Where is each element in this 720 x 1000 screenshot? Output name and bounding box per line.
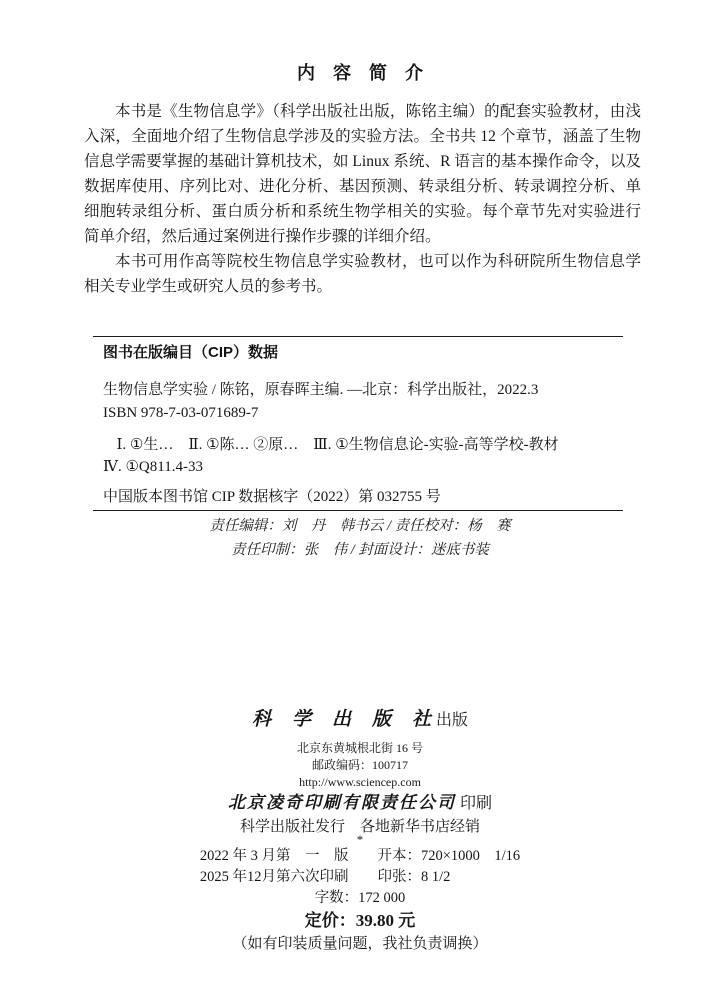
word-count: 字数：172 000 — [0, 888, 720, 909]
publisher-website: http://www.sciencep.com — [0, 774, 720, 791]
cip-header: 图书在版编目（CIP）数据 — [103, 343, 617, 363]
printer-role-label: 印刷 — [460, 795, 492, 812]
intro-section: 本书是《生物信息学》（科学出版社出版，陈铭主编）的配套实验教材，由浅入深，全面地… — [84, 99, 641, 299]
publisher-address: 北京东黄城根北街 16 号 — [0, 740, 720, 757]
edition-info: 2022 年 3 月第 一 版 开本：720×1000 1/16 2025 年1… — [0, 846, 720, 888]
cip-data-box: 图书在版编目（CIP）数据 生物信息学实验 / 陈铭，原春晖主编. —北京：科学… — [93, 336, 623, 511]
cip-registry: 中国版本图书馆 CIP 数据核字（2022）第 032755 号 — [103, 486, 617, 510]
price-label: 定价： — [305, 911, 356, 930]
colophon-section: 科 学 出 版 社出版 北京东黄城根北街 16 号 邮政编码：100717 ht… — [0, 706, 720, 955]
separator-star: * — [0, 834, 720, 846]
book-copyright-page: 内 容 简 介 本书是《生物信息学》（科学出版社出版，陈铭主编）的配套实验教材，… — [0, 0, 720, 1000]
price-value: 39.80 元 — [356, 911, 416, 930]
cip-classification-line-2: Ⅳ. ①Q811.4-33 — [103, 456, 617, 478]
cip-isbn: ISBN 978-7-03-071689-7 — [103, 401, 617, 425]
edition-line-current-printing: 2025 年12月第六次印刷 印张：8 1/2 — [200, 867, 520, 888]
publisher-name: 科 学 出 版 社 — [252, 709, 432, 730]
staff-credits: 责任编辑：刘 丹 韩书云 / 责任校对：杨 赛 责任印制：张 伟 / 封面设计：… — [0, 514, 720, 562]
page-title: 内 容 简 介 — [0, 60, 720, 86]
cip-classification: Ⅰ. ①生… Ⅱ. ①陈… ②原… Ⅲ. ①生物信息论-实验-高等学校-教材 Ⅳ… — [103, 434, 617, 478]
intro-paragraph-2: 本书可用作高等院校生物信息学实验教材，也可以作为科研院所生物信息学相关专业学生或… — [84, 249, 641, 299]
intro-paragraph-1: 本书是《生物信息学》（科学出版社出版，陈铭主编）的配套实验教材，由浅入深，全面地… — [84, 99, 641, 249]
exchange-note: （如有印装质量问题，我社负责调换） — [0, 933, 720, 955]
publisher-postcode: 邮政编码：100717 — [0, 757, 720, 774]
credits-line-printing: 责任印制：张 伟 / 封面设计：迷底书装 — [0, 538, 720, 562]
publisher-role-label: 出版 — [436, 712, 468, 729]
printer-line: 北京凌奇印刷有限责任公司印刷 — [0, 791, 720, 816]
cip-title-line: 生物信息学实验 / 陈铭，原春晖主编. —北京：科学出版社，2022.3 — [103, 379, 617, 401]
printer-name: 北京凌奇印刷有限责任公司 — [228, 793, 456, 812]
publisher-line: 科 学 出 版 社出版 — [0, 706, 720, 735]
edition-info-inner: 2022 年 3 月第 一 版 开本：720×1000 1/16 2025 年1… — [200, 846, 520, 888]
cip-classification-line-1: Ⅰ. ①生… Ⅱ. ①陈… ②原… Ⅲ. ①生物信息论-实验-高等学校-教材 — [103, 434, 617, 456]
credits-line-editors: 责任编辑：刘 丹 韩书云 / 责任校对：杨 赛 — [0, 514, 720, 538]
edition-line-first-edition: 2022 年 3 月第 一 版 开本：720×1000 1/16 — [200, 846, 520, 867]
price-line: 定价：39.80 元 — [0, 909, 720, 933]
